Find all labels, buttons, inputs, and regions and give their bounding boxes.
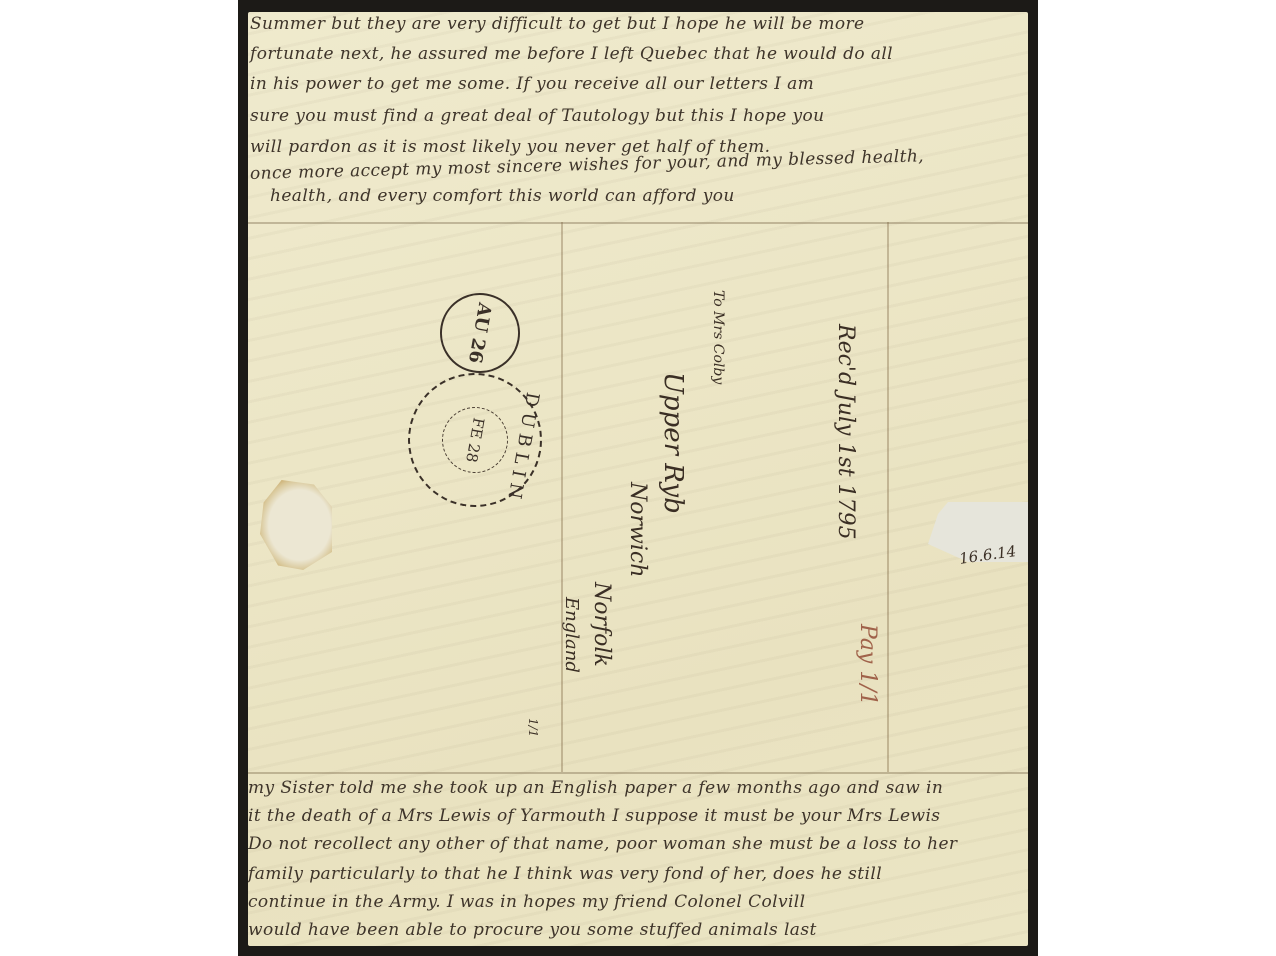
top-fold-line xyxy=(248,222,1028,224)
letter-sheet: Summer but they are very difficult to ge… xyxy=(248,12,1028,946)
bottom-line-4: family particularly to that he I think w… xyxy=(248,864,882,884)
top-line-1: Summer but they are very difficult to ge… xyxy=(250,14,864,34)
top-line-7: health, and every comfort this world can… xyxy=(270,186,735,206)
top-line-3: in his power to get me some. If you rece… xyxy=(250,74,814,94)
rate-mark-red: Pay 1/1 xyxy=(855,624,880,706)
postmark-small-text: AU 26 xyxy=(464,301,495,365)
addressee-line-5: England xyxy=(561,597,582,673)
bottom-line-6: would have been able to procure you some… xyxy=(248,920,817,940)
bottom-line-2: it the death of a Mrs Lewis of Yarmouth … xyxy=(248,806,940,826)
addressee-line-4: Norfolk xyxy=(589,582,614,667)
bottom-line-5: continue in the Army. I was in hopes my … xyxy=(248,892,805,912)
addressee-line-3: Norwich xyxy=(625,482,650,577)
bottom-line-1: my Sister told me she took up an English… xyxy=(248,778,943,798)
postmark-dublin-date: FE 28 xyxy=(462,416,488,464)
addressee-prefix: To Mrs Colby xyxy=(710,290,726,384)
top-line-4: sure you must find a great deal of Tauto… xyxy=(250,106,824,126)
bottom-fold-line xyxy=(248,772,1028,774)
side-mark: 1/1 xyxy=(526,718,540,737)
right-fold-line xyxy=(887,222,889,772)
top-line-2: fortunate next, he assured me before I l… xyxy=(250,44,893,64)
left-fold-line xyxy=(561,222,563,772)
received-docket: Rec'd July 1st 1795 xyxy=(833,324,858,540)
addressee-line-2: Upper Ryb xyxy=(658,372,688,514)
bottom-line-3: Do not recollect any other of that name,… xyxy=(248,834,957,854)
